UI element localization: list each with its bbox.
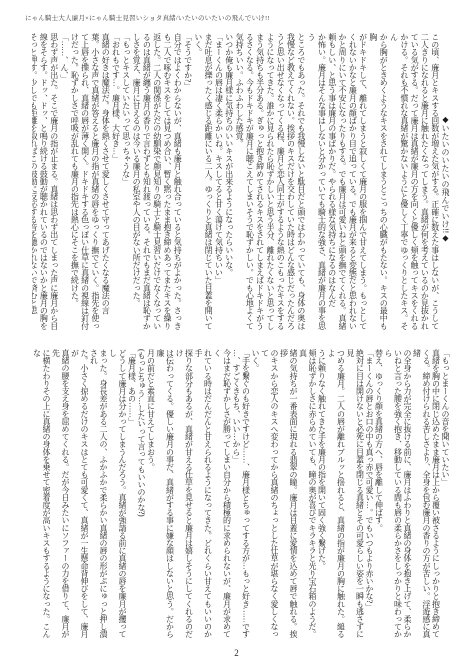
text-column: 月の前だと素直に甘えてしまおう。	[146, 349, 156, 641]
text-column: ようになってきた。誰かに見られたら恥ずかしいと思う半分、離れたくないと思ってし	[265, 33, 275, 333]
text-column: うに頼りなく触れてきた手を廉月の指を開いて固く強く繋げた。	[317, 349, 327, 641]
lower-text-band: 「もっとまーくんの音を聞いていたい」真緒を胸の中に閉じ込めたまま廉月は上から覆い…	[32, 349, 450, 641]
page-number: 2	[0, 648, 473, 658]
text-column: 「廉月様、あの……」	[127, 349, 137, 641]
text-column: 自分ではよくわからないが、真緒も廉月と触れ合っていると気持ちがよかった。さっき	[172, 33, 182, 333]
text-column: れている時はだんだんと甘えられるようになってきた。どれくらい甘えてもいいのか手	[194, 349, 213, 641]
text-column: 返した。二人の関係がただの幼馴染で顔見知りの騎士と騎士見習いだけでなくなってい	[151, 33, 161, 333]
text-column: 今はまだ恥ずかしさが勝ってしまい自分から積極的に求められないが、廉月が求めてく	[213, 349, 232, 641]
text-column: がドキドキして、離れてしまうと寂しくて廉月の服を掴んで甘えてしまう。もっとして	[357, 33, 367, 333]
text-column: …、すごくきもち、いい…から」	[232, 349, 242, 641]
text-column: の全身から力が完全に抜ける前に、廉月はふわりと真緒の身体を抱き上げて、柔らか	[403, 349, 413, 641]
text-column: まう気持ちも半分ある。ぎゅっと抱き締めてされるキスをされてしまえばドキドキがう	[254, 33, 264, 333]
text-column: 葉。小さな声で真緒が答えると廉月の指が真緒の唇をゆっくり撫でていく。指先を使っ	[90, 33, 100, 333]
text-column: に横たわりその上に真緒の身体を乗せて密着度が高いキスもするようになった。こんな	[32, 349, 51, 641]
story-title: ◆いたいのいたいの飛んでいけ!!◆	[440, 33, 450, 333]
text-column: 「……、ん、」	[59, 33, 69, 333]
text-column: 真緒の腰を支え身を屈めてくれる。だが今日みたいにソファーの力を借りて、廉月が先	[51, 349, 70, 641]
text-column: 思わず声が出た。そこで廉月の指が止まる。真緒は思わず出てしまった声に廉月から目	[48, 33, 58, 333]
text-column: 絶対に目は開けないと必死に目蓋を閉じる真緒とその可愛らしい姿を一瞬も逃さずに見	[346, 349, 365, 641]
text-body: ◆いたいのいたいの飛んでいけ!!◆ この頃、廉月とキスする回数が増えた気がする。…	[32, 33, 450, 641]
text-column: しさを覚え、廉月に甘えるのは今いる廉月の私室や人の目がない所だけだった。	[131, 33, 141, 333]
text-column: ところでもあった。それでも我慢しないと駄目だと頭ではわかっていても、身体の奥は	[296, 33, 306, 333]
text-column: のキスから恋人のキスへ変わってから真緒のちょっとした仕草が堪らなく愛しくなって	[260, 349, 279, 641]
text-column: 「もっとまーくんの音を聞いていたい」	[441, 349, 451, 641]
text-column: 「まーくんの唇は凄く柔らかいね。キスしてると甘く蕩けて気持ちいい」	[213, 33, 223, 333]
text-column: かと周りにいて不安になったりもする。でも廉月は可愛いねと頭を撫でてくれる。真緒	[337, 33, 347, 333]
text-column: そっと押す。少しでも距離を取ればこの鼓動に反応する音を聴かれないで済むと思	[32, 33, 38, 333]
text-column: 頬は恥ずかしさに赤らめていても、瞳の奥が喜びでキラキラと光り宝石箱のようだ。真	[298, 349, 317, 641]
text-column: るさくなる。今もドキドキが廉月に聴こえてしまいそうで恥ずかしい。でも心地よくて	[244, 33, 254, 333]
upper-text-band: ◆いたいのいたいの飛んでいけ!!◆ この頃、廉月とキスする回数が増えた気がする。…	[32, 33, 450, 333]
text-column: 替え、ゆっくり顔を真緒の方へ、唇を離して伸ばす。	[374, 349, 384, 641]
text-column: いつか俺も廉月様に気持ちのいいキスが出来るようになったらいいな。	[223, 33, 233, 333]
text-column: て上唇を擽られ、真緒の唇が薄く開く。ドキドキする色っぽい仕草に真緒の視線は釘付	[79, 33, 89, 333]
text-column: は伝わってくる。優しい廉月の事だ、真緒がする事に嫌な顔はしないと思う。だから廉	[156, 349, 175, 641]
text-column: くる。締め付けられる苦しさより、全身を包む廉月の香りの方が苦しい。浮遊感に真緒	[412, 349, 431, 641]
text-column: 我慢など教えてくれない。挨拶のキスだけを交わしていた時はどんな感じだったんだろ	[285, 33, 295, 333]
text-column: か怖い。廉月はそんな事はしないと分かっていても騎士的な強さ、真緒が廉月の事を思う	[306, 33, 327, 333]
text-column: 「まーくんの唇とお口の中も真っ赤で可愛い…。でもいつもより赤いかな?」	[365, 349, 375, 641]
text-column: かける。それも不慣れな真緒が驚かないようにと優しく丁寧でゆっくりとしたキス。そん	[388, 33, 409, 333]
text-column: 気持ちいい。ふわふわした感覚。	[234, 33, 244, 333]
text-column: (もっとちゅう…したいって言ってもいいのかな?)	[137, 349, 147, 641]
text-column: 線をそらす。ドッ、ドッ、と鳴り続ける鼓動が聴かれているのではないかと廉月の胸を	[38, 33, 48, 333]
header-caption: にゃん騎士大人廉月×にゃん騎士見習いショタ真緒/いたいのいたいの飛んでいけ!!	[25, 13, 270, 22]
text-column: 探りな部分もあるが、真緒が甘える仕草を見せると廉月は嬉しそうにしてくれるのだけ	[175, 349, 194, 641]
text-column: 頼もしい、と思う事は廉月の事ばかりだ。やられる様な気持ちになるのはなんだ	[326, 33, 336, 333]
text-column: 緒の気持ちが一番表面に現れる翡翠の瞳。廉月は目蓋に愛情を込めて唇で触れる。挨拶	[279, 349, 298, 641]
text-column: るのは真緒が纏う廉月の香りで言わずとも知れ渡っている。それでもまだ真緒は恥ずか	[141, 33, 151, 333]
text-column: けだった。恥ずかしさで呼吸が乱れても廉月の指先は熱心にそこを撫で続けた。	[69, 33, 79, 333]
page: にゃん騎士大人廉月×にゃん騎士見習いショタ真緒/いたいのいたいの飛んでいけ!! …	[0, 0, 473, 672]
text-column: 「そうですか?」	[182, 33, 192, 333]
text-column: つめる廉月。二人の唇が離れブルッと揺れると、真緒の指が廉月の胸に触れた。縋るよ	[327, 349, 346, 641]
text-column: 真緒の好きは魔法だ。身体を熱くさせて愛しくさせて守ってあげたくなる魔法の言	[100, 33, 110, 333]
text-column: いく。	[251, 349, 261, 641]
text-column: いねと言った腰を強く抱き、移動している間も唇の柔らかさをしっかりと味わってから	[384, 349, 403, 641]
text-column: 二人きりになれると廉月に触れたくなってしまう。真緒が何を考えているのか見抜かれ	[419, 33, 429, 333]
text-column: 「もっとキスしていたいって思っちゃうな」	[121, 33, 131, 333]
text-column: この頃、廉月とキスする回数が増えた気がする。正確に数えた事はしないが、こうして	[429, 33, 439, 333]
text-column: まだ吐息が擽ったく感じる距離にいる二人。ゆっくりと真緒は閉じていた目蓋を開いて	[203, 33, 213, 333]
text-column: から胸がときめくようなキスをされてしまうとこっちの心臓がもたない。キスの最中も胸	[368, 33, 389, 333]
text-column: 真緒を胸の中に閉じ込めたまま廉月は上から覆い被さるようにしっかりと抱き締めて	[431, 349, 441, 641]
text-column: 「手を繋ぐのも好きですけど……、廉月様とちゅってする方が…もっと好き……です	[241, 349, 251, 641]
text-column: くれないかなと廉月の顔ばかり目で追っている。でも廉月が来ると変態だと思われない	[347, 33, 357, 333]
text-column: どうして廉月は分かってしまうんだろう。真緒が強請る前に真緒の唇を廉月が攫ってし	[108, 349, 127, 641]
text-column: まった。身長差がある二人の、ふかふかで柔らかい真緒の唇の形がぷにゅっと押し潰され	[89, 349, 108, 641]
text-column: も二人で啄むキスをしては見つめ合い、暫く黙ったまま抱き締めあってまたキスを繰り	[162, 33, 172, 333]
text-column: いく。	[193, 33, 203, 333]
text-column: 「おれもです…。廉月様、大好き…」	[110, 33, 120, 333]
text-column: うと思い出せなくなってくる程、廉月と恋人同士がするような熱のこもったキスをする	[275, 33, 285, 333]
text-column: ている気がする。だって廉月は真緒が廉月の方を向くと優しく頬を触ってキスをくれる	[409, 33, 419, 333]
text-column: た。小さく掠めるだけのキスはとても可愛くて、真緒が一生懸命背伸びをして、廉月が	[70, 349, 89, 641]
